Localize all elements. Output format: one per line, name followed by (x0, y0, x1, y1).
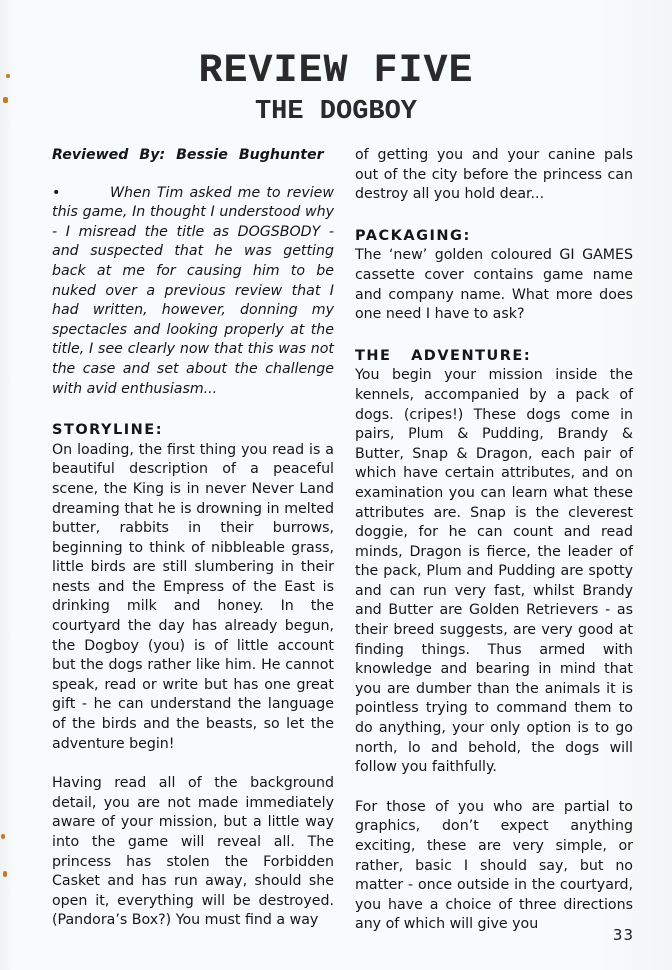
page-number: 33 (613, 926, 634, 944)
binding-hole-mark (1, 834, 5, 839)
game-title: THE DOGBOY (0, 97, 672, 127)
adventure-heading: THE ADVENTURE: (355, 347, 633, 367)
intro-text: When Tim asked me to review this game, I… (52, 185, 334, 397)
adventure-paragraph: You begin your mission inside the kennel… (355, 366, 633, 777)
reviewer-byline: Reviewed By: Bessie Bughunter (52, 146, 334, 166)
adventure-paragraph: For those of you who are partial to grap… (355, 798, 633, 935)
packaging-paragraph: The ‘new’ golden coloured GI GAMES casse… (355, 246, 633, 324)
page-title: REVIEW FIVE (0, 50, 672, 94)
storyline-paragraph: On loading, the first thing you read is … (52, 441, 334, 755)
packaging-heading: PACKAGING: (355, 227, 633, 247)
left-column: Reviewed By: Bessie Bughunter •When Tim … (52, 146, 334, 931)
binding-hole-mark (3, 871, 7, 877)
storyline-heading: STORYLINE: (52, 421, 334, 441)
magazine-page: REVIEW FIVE THE DOGBOY Reviewed By: Bess… (0, 0, 672, 970)
storyline-continued: of getting you and your canine pals out … (355, 146, 633, 205)
storyline-paragraph: Having read all of the background detail… (52, 774, 334, 931)
intro-paragraph: •When Tim asked me to review this game, … (52, 184, 334, 400)
bullet-icon: • (52, 184, 110, 204)
right-column: of getting you and your canine pals out … (355, 146, 633, 935)
